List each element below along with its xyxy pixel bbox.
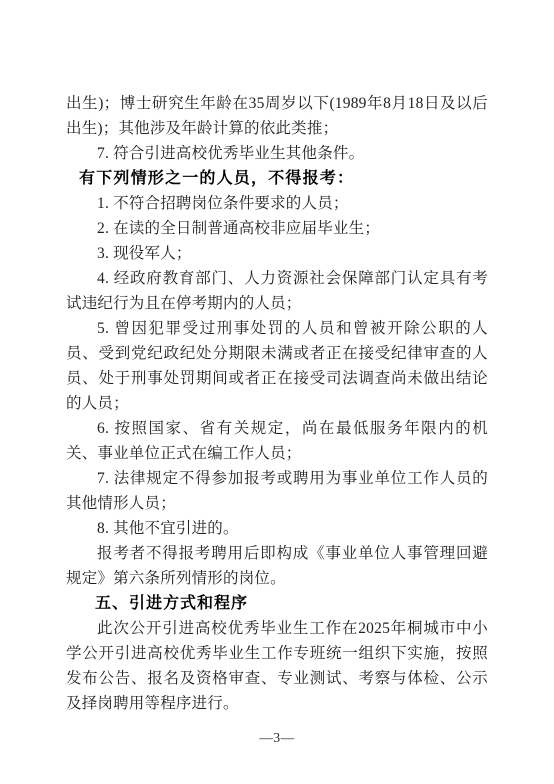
- heading-section-5: 五、引进方式和程序: [66, 591, 488, 616]
- list-item-8: 8. 其他不宜引进的。: [66, 516, 488, 541]
- paragraph-condition-7: 7. 符合引进高校优秀毕业生其他条件。: [66, 141, 488, 166]
- list-item-5: 5. 曾因犯罪受过刑事处罚的人员和曾被开除公职的人员、受到党纪政纪处分期限未满或…: [66, 316, 488, 416]
- list-item-7: 7. 法律规定不得参加报考或聘用为事业单位工作人员的其他情形人员；: [66, 466, 488, 516]
- paragraph-avoidance-rule: 报考者不得报考聘用后即构成《事业单位人事管理回避规定》第六条所列情形的岗位。: [66, 541, 488, 591]
- heading-ineligible-persons: 有下列情形之一的人员，不得报考：: [66, 166, 488, 191]
- paragraph-age-rule-continuation: 出生)；博士研究生年龄在35周岁以下(1989年8月18日及以后出生)；其他涉及…: [66, 91, 488, 141]
- list-item-6: 6. 按照国家、省有关规定，尚在最低服务年限内的机关、事业单位正式在编工作人员；: [66, 416, 488, 466]
- list-item-3: 3. 现役军人；: [66, 241, 488, 266]
- list-item-4: 4. 经政府教育部门、人力资源社会保障部门认定具有考试违纪行为且在停考期内的人员…: [66, 266, 488, 316]
- page-number: —3—: [66, 725, 488, 750]
- document-page: 出生)；博士研究生年龄在35周岁以下(1989年8月18日及以后出生)；其他涉及…: [0, 0, 554, 784]
- list-item-1: 1. 不符合招聘岗位条件要求的人员；: [66, 191, 488, 216]
- list-item-2: 2. 在读的全日制普通高校非应届毕业生；: [66, 216, 488, 241]
- paragraph-procedure: 此次公开引进高校优秀毕业生工作在2025年桐城市中小学公开引进高校优秀毕业生工作…: [66, 616, 488, 716]
